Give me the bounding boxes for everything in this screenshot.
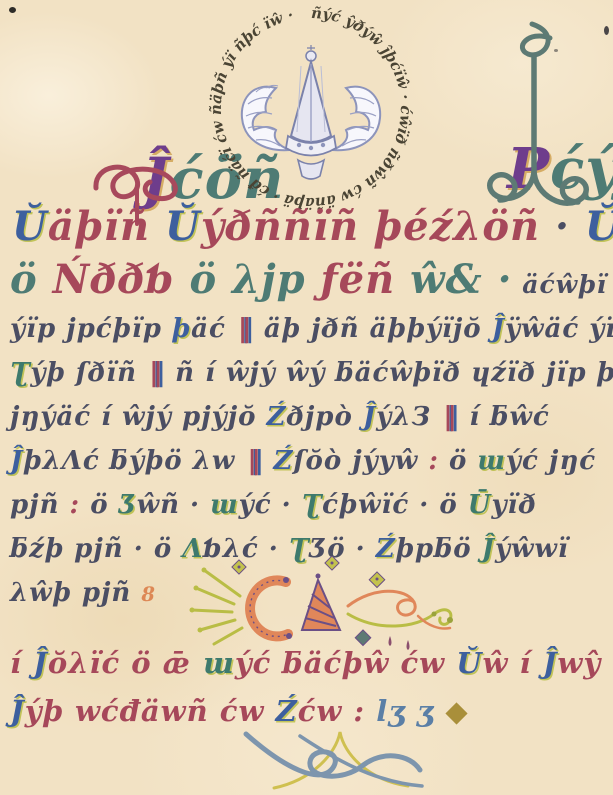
tengwar-segment: Ĵ [10,694,25,728]
tengwar-segment: ćw [298,694,343,728]
tengwar-segment: pjñ [10,490,60,520]
tengwar-segment: : [418,446,449,476]
tengwar-segment: ɯ [203,646,235,680]
tengwar-segment: ɯ [477,446,506,476]
tengwar-segment: ƃźþ pjñ · ö [10,534,182,564]
tengwar-segment: ýć ƃäćþŵ ćw [235,646,456,680]
tengwar-body-line: jŋýäć í ŵjý pjýjŏ Źðjpò ĴýλЗ ‖ í ƃŵć [10,402,606,446]
tengwar-segment: ɯ [210,490,239,520]
tengwar-segment: ýðññïñ [201,203,374,250]
tengwar-segment: ö [449,446,477,476]
tengwar-segment: ◆ [434,694,468,728]
tengwar-segment: wŷ [557,646,601,680]
tengwar-segment: Ĵ [33,646,48,680]
tengwar-segment: Ʈ [10,358,30,388]
tengwar-segment: ýŵwï [495,534,569,564]
left-wing-icon [242,85,290,150]
tengwar-segment: yïð [491,490,536,520]
bottom-flourish [240,724,430,794]
tengwar-segment: Ŭ [456,646,482,680]
tengwar-body-line: pjñ : ö Ʒŵñ · ɯýć · Ʈćþŵïć · ö Ūyïð [10,490,606,534]
tengwar-segment: äþ jðñ äþþýïjŏ [254,314,492,344]
ornament-swirls [348,591,451,628]
tengwar-segment: ýþ ſðïñ [30,358,147,388]
manuscript-page: Ĵćö̈ñ ñýć ŷðýŵ ĵþćïŵ · ćŵïð ñðŵñ ćw äñäþ… [0,0,613,795]
tengwar-segment: lʒ ʒ [376,694,434,728]
tengwar-segment: ðjpò [287,402,363,432]
tengwar-segment: þéźλöñ [374,203,540,250]
ornament-crescent [250,577,292,639]
right-wing-icon [332,87,380,151]
tengwar-segment: : [60,490,91,520]
tengwar-segment: Ńððƅ [53,256,190,303]
tengwar-segment: ýïp jpćþïp [10,314,172,344]
tengwar-segment: Ĵ [492,314,505,344]
tengwar-segment: äćŵþï [513,270,613,299]
sunburst-rays-icon [192,570,242,644]
center-ornament [182,556,460,654]
tengwar-segment: ö [10,256,53,303]
tengwar-segment: ƒëñ [320,256,410,303]
tengwar-segment: þλΛć ƃýþö λw [23,446,245,476]
tengwar-segment: ŏλïć ö ǣ [48,646,203,680]
tengwar-segment: ćþŵïć · ö [322,490,468,520]
tengwar-footer-line-1: í Ĵŏλïć ö ǣ ɯýć ƃäćþŵ ćw Ŭŵ í Ĵwŷ [10,646,601,680]
tengwar-display-line-2: ö Ńððƅ ö λjp ƒëñ ŵ& · äćŵþï Ĵÿýŵćñïþ [10,256,613,303]
tengwar-segment: ö [189,256,232,303]
ornament-teardrop [389,636,392,646]
tengwar-segment: þ [172,314,191,344]
tengwar-segment [263,446,273,476]
tengwar-segment: ÿŵäć ýïp [505,314,613,344]
tengwar-segment: Ŭ [12,203,48,250]
tengwar-segment: Ź [267,402,287,432]
tengwar-body-line: ýïp jpćþïp þäć ‖ äþ jðñ äþþýïjŏ Ĵÿŵäć ýï… [10,314,606,358]
tengwar-footer-line-2: Ĵýþ wćđäwñ ćw Źćw : lʒ ʒ ◆ [10,694,469,728]
scan-speck [9,7,16,13]
tengwar-segment: Ʒ [119,490,137,520]
tengwar-segment: äþïñ [48,203,165,250]
tengwar-segment: ŵñ · [137,490,210,520]
tengwar-segment: Ĵ [10,446,23,476]
ornament-triangle [302,574,340,631]
tengwar-segment: ýć jŋć [506,446,596,476]
crown-icon [286,45,336,179]
tengwar-segment: ‖ [247,446,261,476]
tengwar-body-line: ĴþλΛć ƃýþö λw ‖ Źſŏò jýyŵ : ö ɯýć jŋć [10,446,606,490]
tengwar-line-2-large: ö Ńððƅ ö λjp ƒëñ ŵ& · [10,256,513,303]
tengwar-segment: äć [191,314,236,344]
tengwar-segment: Ŭ [585,203,613,250]
tengwar-segment: Ź [273,446,293,476]
tengwar-segment: ŵ& · [410,256,512,303]
tengwar-segment: λjp [232,256,320,303]
tengwar-segment: í [10,646,33,680]
tengwar-segment: Ĵ [363,402,376,432]
tengwar-segment: ñ í ŵjý ŵý ƃäćŵþïð ɥźïð jïp þäñ [165,358,613,388]
tengwar-segment: 8 [141,583,156,606]
tengwar-segment: ýλЗ [376,402,441,432]
tengwar-segment: í ƃŵć [459,402,549,432]
tengwar-segment: ſŏò jýyŵ [293,446,418,476]
tengwar-line-2-small: äćŵþï Ĵÿýŵćñïþ [513,270,613,299]
tengwar-segment: Ź [276,694,298,728]
tengwar-segment: Ĵ [543,646,558,680]
tengwar-segment: jŋýäć í ŵjý pjýjŏ [10,402,267,432]
tengwar-segment: Ĵ [482,534,495,564]
tengwar-segment: ýþ wćđäwñ ćw [25,694,276,728]
tengwar-segment: ö [90,490,118,520]
tengwar-segment: Ʈ [302,490,322,520]
tengwar-segment: : [342,694,376,728]
tengwar-segment: ýć · [239,490,302,520]
tengwar-display-line-1: Ŭäþïñ Ŭýðññïñ þéźλöñ · Ŭïñ Ʈýöñ [12,203,613,250]
tengwar-segment: λŵþ pjñ [10,578,141,608]
tengwar-segment: Ū [468,490,492,520]
tengwar-segment: ŵ í [483,646,543,680]
tengwar-segment: ‖ [149,358,163,388]
tengwar-body-line: Ʈýþ ſðïñ ‖ ñ í ŵjý ŵý ƃäćŵþïð ɥźïð jïp þ… [10,358,606,402]
tengwar-segment: Ŭ [165,203,201,250]
winged-crown-emblem: ñýć ŷðýŵ ĵþćïŵ · ćŵïð ñðŵñ ćw äñäþä · ćđ… [198,0,424,214]
tengwar-segment: ‖ [238,314,252,344]
tengwar-segment: ‖ [443,402,457,432]
tengwar-segment: · [540,203,585,250]
